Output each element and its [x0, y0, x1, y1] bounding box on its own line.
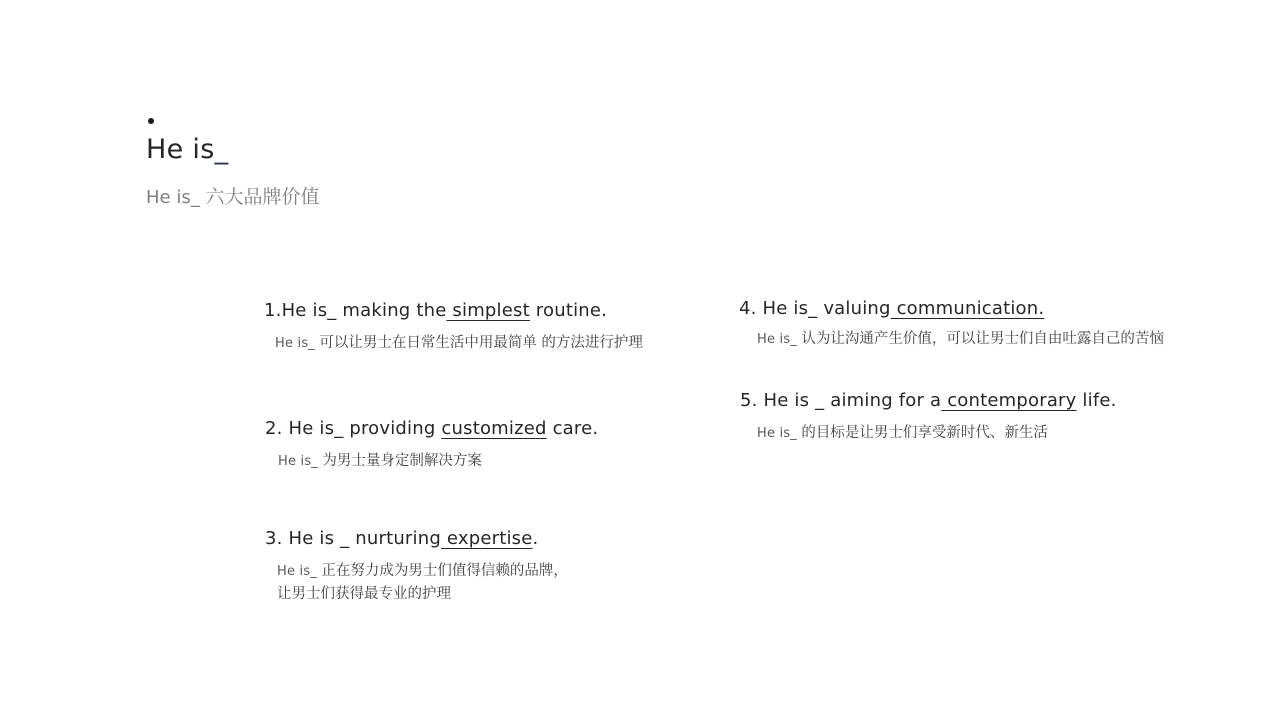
value-sub-2: He is_ 为男士量身定制解决方案 [265, 450, 598, 473]
value-item-4: 4. He is_ valuing communication. He is_ … [739, 297, 1164, 351]
subtitle-prefix: He is_ [146, 187, 205, 208]
value-sub-5: He is_ 的目标是让男士们享受新时代、新生活 [740, 422, 1117, 445]
value-item-3: 3. He is _ nurturing expertise. He is_ 正… [265, 527, 568, 606]
slide-title: He is_ [146, 134, 228, 166]
sub-text: 为男士量身定制解决方案 [322, 453, 482, 469]
sub-prefix: He is_ [757, 426, 801, 441]
heading-pre: 5. He is _ aiming for a [740, 390, 941, 411]
value-sub-4: He is_ 认为让沟通产生价值，可以让男士们自由吐露自己的苦恼 [739, 328, 1164, 351]
value-heading-1: 1.He is_ making the simplest routine. [264, 299, 643, 323]
value-item-5: 5. He is _ aiming for a contemporary lif… [740, 389, 1117, 445]
sub-prefix: He is_ [278, 454, 322, 469]
value-heading-5: 5. He is _ aiming for a contemporary lif… [740, 389, 1117, 413]
heading-post: care. [547, 418, 599, 439]
heading-underlined-word: communication. [891, 298, 1045, 319]
bullet-dot [148, 118, 154, 124]
subtitle-chinese: 六大品牌价值 [205, 186, 319, 208]
heading-underlined-word: simplest [447, 300, 530, 321]
heading-underlined-word: customized [441, 418, 546, 439]
heading-pre: 3. He is _ nurturing [265, 528, 441, 549]
value-sub-3: He is_ 正在努力成为男士们值得信赖的品牌，让男士们获得最专业的护理 [265, 560, 568, 606]
slide-title-underscore: _ [215, 134, 229, 165]
sub-text: 可以让男士在日常生活中用最简单 的方法进行护理 [319, 335, 643, 351]
value-heading-4: 4. He is_ valuing communication. [739, 297, 1164, 321]
sub-prefix: He is_ [757, 332, 801, 347]
heading-underlined-word: expertise [441, 528, 533, 549]
value-heading-2: 2. He is_ providing customized care. [265, 417, 598, 441]
sub-prefix: He is_ [277, 564, 321, 579]
value-item-2: 2. He is_ providing customized care. He … [265, 417, 598, 473]
sub-text-line2: 让男士们获得最专业的护理 [277, 586, 451, 602]
heading-post: life. [1077, 390, 1117, 411]
slide: He is_ He is_ 六大品牌价值 1.He is_ making the… [0, 0, 1285, 721]
value-sub-1: He is_ 可以让男士在日常生活中用最简单 的方法进行护理 [264, 332, 643, 355]
slide-title-text: He is [146, 134, 215, 165]
value-item-1: 1.He is_ making the simplest routine. He… [264, 299, 643, 355]
heading-post: . [533, 528, 539, 549]
heading-underlined-word: contemporary [941, 390, 1076, 411]
sub-text: 认为让沟通产生价值，可以让男士们自由吐露自己的苦恼 [801, 331, 1164, 347]
heading-pre: 2. He is_ providing [265, 418, 441, 439]
heading-post: routine. [530, 300, 607, 321]
slide-subtitle: He is_ 六大品牌价值 [146, 185, 319, 210]
heading-pre: 4. He is_ valuing [739, 298, 891, 319]
sub-text: 的目标是让男士们享受新时代、新生活 [801, 425, 1048, 441]
sub-text: 正在努力成为男士们值得信赖的品牌， [321, 563, 568, 579]
sub-prefix: He is_ [275, 336, 319, 351]
value-heading-3: 3. He is _ nurturing expertise. [265, 527, 568, 551]
heading-pre: 1.He is_ making the [264, 300, 447, 321]
